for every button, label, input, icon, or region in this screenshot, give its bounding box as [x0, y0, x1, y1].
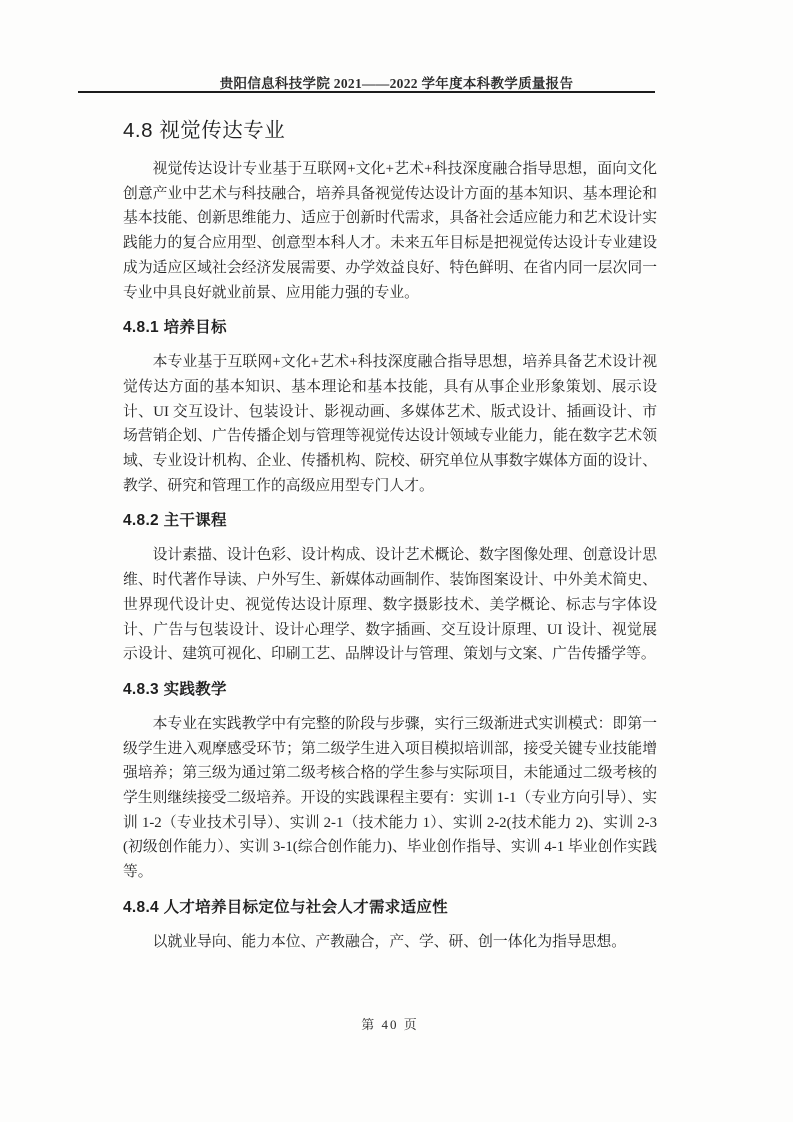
subsection-paragraph-training-objectives: 本专业基于互联网+文化+艺术+科技深度融合指导思想，培养具备艺术设计视觉传达方面…	[123, 350, 657, 498]
subsection-heading-training-objectives: 4.8.1 培养目标	[123, 316, 657, 340]
subsection-heading-practical-teaching: 4.8.3 实践教学	[123, 678, 657, 702]
document-page: 贵阳信息科技学院 2021——2022 学年度本科教学质量报告 4.8 视觉传达…	[0, 0, 793, 1122]
header-rule	[78, 91, 655, 93]
intro-paragraph: 视觉传达设计专业基于互联网+文化+艺术+科技深度融合指导思想，面向文化创意产业中…	[123, 157, 657, 305]
subsection-paragraph-talent-demand-fit: 以就业导向、能力本位、产教融合，产、学、研、创一体化为指导思想。	[123, 930, 657, 955]
page-number: 第 40 页	[123, 1014, 657, 1033]
document-body: 4.8 视觉传达专业 视觉传达设计专业基于互联网+文化+艺术+科技深度融合指导思…	[123, 117, 657, 955]
subsection-paragraph-practical-teaching: 本专业在实践教学中有完整的阶段与步骤，实行三级渐进式实训模式：即第一级学生进入观…	[123, 712, 657, 885]
subsection-heading-main-courses: 4.8.2 主干课程	[123, 509, 657, 533]
section-title: 4.8 视觉传达专业	[123, 117, 657, 144]
subsection-heading-talent-demand-fit: 4.8.4 人才培养目标定位与社会人才需求适应性	[123, 896, 657, 920]
subsection-paragraph-main-courses: 设计素描、设计色彩、设计构成、设计艺术概论、数字图像处理、创意设计思维、时代著作…	[123, 543, 657, 667]
page-header-title: 贵阳信息科技学院 2021——2022 学年度本科教学质量报告	[0, 72, 793, 92]
